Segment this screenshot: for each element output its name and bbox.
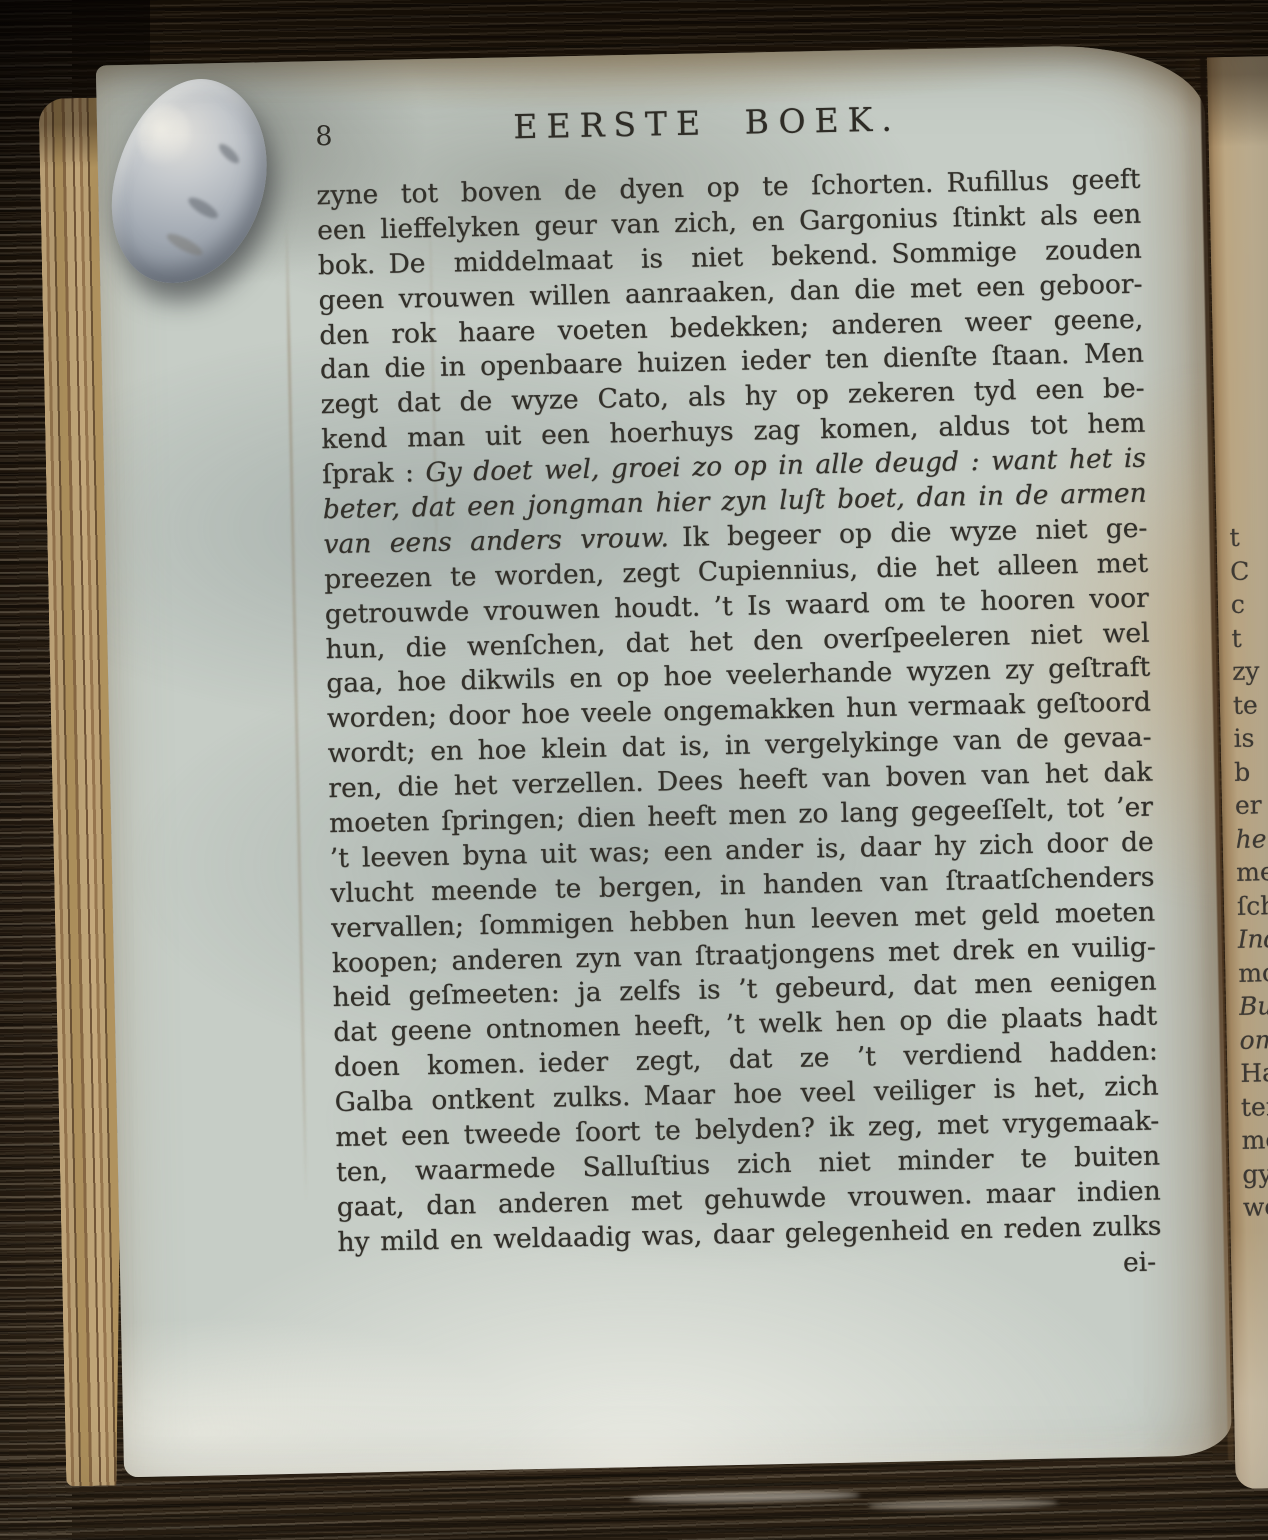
text-lines: zyne tot boven de dyen op te ſchorten. R… xyxy=(316,163,1162,1297)
next-page-fragment: ſch xyxy=(1237,888,1268,923)
page: 8 EERSTE BOEK. zyne tot boven de dyen op… xyxy=(96,43,1232,1477)
next-page-fragment: te xyxy=(1233,687,1268,722)
next-page-fragment: me xyxy=(1236,854,1268,889)
next-page-fragment: er xyxy=(1235,787,1268,822)
book-photo: 8 EERSTE BOEK. zyne tot boven de dyen op… xyxy=(0,0,1268,1540)
next-page-fragment: gy xyxy=(1242,1156,1268,1191)
next-page-fragment: Bur xyxy=(1239,988,1268,1023)
next-page-fragment: t xyxy=(1231,620,1268,655)
next-page-fragment: t xyxy=(1229,519,1268,554)
next-page-fragment: me xyxy=(1241,1122,1268,1157)
next-page-fragment: om xyxy=(1239,1022,1268,1057)
next-page-fragment: he xyxy=(1235,821,1268,856)
stone-spot xyxy=(216,141,242,166)
next-page-fragment: b xyxy=(1234,754,1268,789)
next-page-fragment: Ha xyxy=(1240,1055,1268,1090)
stone-spot xyxy=(186,194,221,222)
next-page-fragment: is xyxy=(1233,720,1268,755)
next-page-fragment: c xyxy=(1231,586,1268,621)
next-page-fragments: tCctzyteisberhemeſchIndmoeBuromHatermegy… xyxy=(1229,519,1268,1224)
next-page-fragment: zy xyxy=(1232,653,1268,688)
next-page-fragment: moe xyxy=(1238,955,1268,990)
next-page-fragment: Ind xyxy=(1237,921,1268,956)
next-page-fragment: wed xyxy=(1243,1189,1268,1224)
stone-spot xyxy=(164,230,205,259)
next-page-fragment: ter xyxy=(1241,1089,1268,1124)
next-page-fragment: C xyxy=(1230,553,1268,588)
